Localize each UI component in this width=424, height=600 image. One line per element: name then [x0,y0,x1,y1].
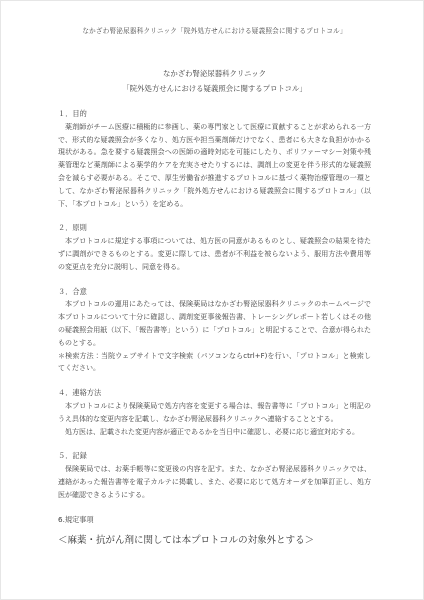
section-agreement-paragraph: 本プロトコルの運用にあたっては、保険薬局はなかざわ腎泌尿器科クリニックのホームペ… [58,298,371,349]
section-contact-method-paragraph-1: 本プロトコルにより保険薬局で処方内容を変更する場合は、報告書等に「プロトコル」と… [58,400,371,426]
document-page: なかざわ腎泌尿器科クリニック「院外処方せんにおける疑義照会に関するプロトコル」 … [0,0,424,600]
running-header: なかざわ腎泌尿器科クリニック「院外処方せんにおける疑義照会に関するプロトコル」 [58,25,371,35]
section-contact-method: ４．連絡方法 本プロトコルにより保険薬局で処方内容を変更する場合は、報告書等に「… [58,387,371,438]
section-agreement: ３．合意 本プロトコルの運用にあたっては、保険薬局はなかざわ腎泌尿器科クリニック… [58,286,371,376]
section-principle-paragraph: 本プロトコルに規定する事項については、処方医の同意があるものとし、疑義照会の結果… [58,235,371,273]
exclusion-statement: ＜麻薬・抗がん剤に関しては本プロトコルの対象外とする＞ [58,534,371,548]
section-purpose-heading: １．目的 [58,108,371,121]
section-purpose: １．目的 薬剤師がチーム医療に積極的に参画し、薬の専門家として医療に貢献すること… [58,108,371,210]
document-title-line1: なかざわ腎泌尿器科クリニック [58,66,371,81]
section-agreement-search-note: ＊検索方法：当院ウェブサイトで文字検索（パソコンならctrl+F)を行い、「プロ… [58,350,371,376]
section-provisions: 6.規定事項 [58,514,371,527]
document-title-line2: 「院外処方せんにおける疑義照会に関するプロトコル」 [58,81,371,96]
section-purpose-paragraph: 薬剤師がチーム医療に積極的に参画し、薬の専門家として医療に貢献することが求められ… [58,121,371,211]
section-principle-heading: ２．原則 [58,222,371,235]
section-records: ５．記録 保険薬局では、お薬手帳等に変更後の内容を記す。また、なかざわ腎泌尿器科… [58,450,371,501]
section-contact-method-paragraph-2: 処方医は、記載された変更内容が適正であるかを当日中に確認し、必要に応じ適宜対応す… [58,426,371,439]
section-provisions-heading: 6.規定事項 [58,514,371,527]
section-contact-method-heading: ４．連絡方法 [58,387,371,400]
section-records-heading: ５．記録 [58,450,371,463]
section-agreement-heading: ３．合意 [58,286,371,299]
document-title: なかざわ腎泌尿器科クリニック 「院外処方せんにおける疑義照会に関するプロトコル」 [58,66,371,96]
section-records-paragraph: 保険薬局では、お薬手帳等に変更後の内容を記す。また、なかざわ腎泌尿器科クリニック… [58,463,371,501]
section-principle: ２．原則 本プロトコルに規定する事項については、処方医の同意があるものとし、疑義… [58,222,371,273]
